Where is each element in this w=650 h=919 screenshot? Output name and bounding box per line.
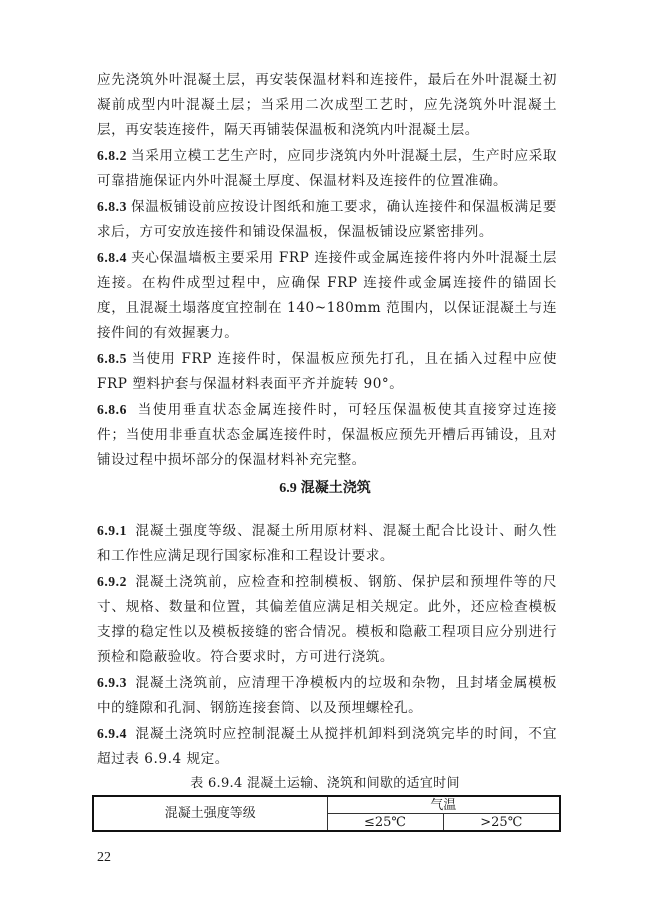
column-header-gt-25c: >25℃ <box>443 814 560 832</box>
clause-text: 保温板铺设前应按设计图纸和施工要求，确认连接件和保温板满足要求后，方可安放连接件… <box>97 199 557 240</box>
clause-text: 当采用立模工艺生产时，应同步浇筑内外叶混凝土层，生产时应采取可靠措施保证内外叶混… <box>97 148 557 189</box>
clause-text: 混凝土浇筑前，应检查和控制模板、钢筋、保护层和预埋件等的尺寸、规格、数量和位置，… <box>97 574 557 665</box>
clause-6-8-2: 6.8.2当采用立模工艺生产时，应同步浇筑内外叶混凝土层，生产时应采取可靠措施保… <box>97 143 557 194</box>
page-number: 22 <box>97 850 111 866</box>
clause-6-9-3: 6.9.3混凝土浇筑前，应清理干净模板内的垃圾和杂物，且封堵金属模板中的缝隙和孔… <box>97 670 557 721</box>
section-6-8-body: 应先浇筑外叶混凝土层，再安装保温材料和连接件，最后在外叶混凝土初凝前成型内叶混凝… <box>97 68 557 473</box>
clause-number: 6.8.3 <box>97 199 127 214</box>
clause-6-9-2: 6.9.2混凝土浇筑前，应检查和控制模板、钢筋、保护层和预埋件等的尺寸、规格、数… <box>97 569 557 670</box>
row-header-strength-grade: 混凝土强度等级 <box>93 796 327 831</box>
clause-6-8-5: 6.8.5当使用 FRP 连接件时，保温板应预先打孔，且在插入过程中应使 FRP… <box>97 346 557 397</box>
clause-number: 6.8.5 <box>97 351 127 366</box>
clause-6-8-6: 6.8.6当使用垂直状态金属连接件时，可轻压保温板使其直接穿过连接件；当使用非垂… <box>97 397 557 473</box>
clause-6-9-4: 6.9.4混凝土浇筑时应控制混凝土从搅拌机卸料到浇筑完毕的时间，不宜超过表 6.… <box>97 721 557 772</box>
clause-6-8-4: 6.8.4夹心保温墙板主要采用 FRP 连接件或金属连接件将内外叶混凝土层连接。… <box>97 245 557 346</box>
clause-number: 6.9.1 <box>97 523 127 538</box>
clause-number: 6.9.2 <box>97 574 127 589</box>
clause-text: 当使用垂直状态金属连接件时，可轻压保温板使其直接穿过连接件；当使用非垂直状态金属… <box>97 402 557 468</box>
clause-6-8-3: 6.8.3保温板铺设前应按设计图纸和施工要求，确认连接件和保温板满足要求后，方可… <box>97 194 557 245</box>
column-group-temperature: 气温 <box>327 796 560 814</box>
section-6-9-body: 6.9.1混凝土强度等级、混凝土所用原材料、混凝土配合比设计、耐久性和工作性应满… <box>97 518 557 772</box>
clause-text: 混凝土强度等级、混凝土所用原材料、混凝土配合比设计、耐久性和工作性应满足现行国家… <box>97 523 557 564</box>
section-number: 6.9 <box>279 481 297 496</box>
column-header-le-25c: ≤25℃ <box>327 814 443 832</box>
clause-text: 混凝土浇筑时应控制混凝土从搅拌机卸料到浇筑完毕的时间，不宜超过表 6.9.4 规… <box>97 726 557 767</box>
continuation-paragraph: 应先浇筑外叶混凝土层，再安装保温材料和连接件，最后在外叶混凝土初凝前成型内叶混凝… <box>97 68 557 143</box>
paragraph-text: 应先浇筑外叶混凝土层，再安装保温材料和连接件，最后在外叶混凝土初凝前成型内叶混凝… <box>97 72 557 138</box>
clause-number: 6.8.2 <box>97 148 127 163</box>
clause-number: 6.9.3 <box>97 675 127 690</box>
document-page: 应先浇筑外叶混凝土层，再安装保温材料和连接件，最后在外叶混凝土初凝前成型内叶混凝… <box>0 0 650 919</box>
clause-text: 当使用 FRP 连接件时，保温板应预先打孔，且在插入过程中应使 FRP 塑料护套… <box>97 351 557 392</box>
clause-number: 6.8.4 <box>97 250 127 265</box>
table-header-row: 混凝土强度等级 气温 <box>93 796 560 814</box>
clause-6-9-1: 6.9.1混凝土强度等级、混凝土所用原材料、混凝土配合比设计、耐久性和工作性应满… <box>97 518 557 569</box>
clause-number: 6.9.4 <box>97 726 127 741</box>
concrete-timing-table: 混凝土强度等级 气温 ≤25℃ >25℃ <box>92 795 561 832</box>
section-title: 混凝土浇筑 <box>301 480 371 496</box>
section-heading-6-9: 6.9混凝土浇筑 <box>0 478 650 499</box>
table-caption: 表 6.9.4 混凝土运输、浇筑和间歇的适宜时间 <box>0 775 650 793</box>
clause-number: 6.8.6 <box>97 402 127 417</box>
clause-text: 夹心保温墙板主要采用 FRP 连接件或金属连接件将内外叶混凝土层连接。在构件成型… <box>97 250 557 341</box>
clause-text: 混凝土浇筑前，应清理干净模板内的垃圾和杂物，且封堵金属模板中的缝隙和孔洞、钢筋连… <box>97 675 557 716</box>
